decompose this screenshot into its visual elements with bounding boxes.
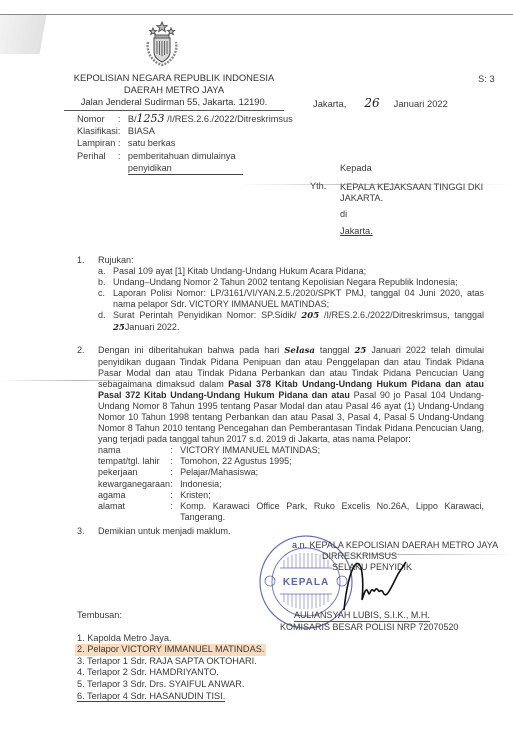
reference-item: d.Surat Perintah Penyidikan Nomor: SP.Si…	[77, 310, 484, 334]
reporter-identity: nama:VICTORY IMMANUEL MATINDAS; tempat/t…	[98, 445, 484, 523]
meta-row-perihal: Perihal : pemberitahuan dimulainyapenyid…	[77, 150, 293, 175]
meta-row-klasifikasi: Klasifikasi : BIASA	[77, 125, 293, 137]
recipient-block: Kepada Yth. KEPALA KEJAKSAAN TINGGI DKI …	[340, 163, 483, 237]
recipient-di: di	[340, 209, 483, 220]
carbon-copy-list: Tembusan: 1. Kapolda Metro Jaya. 2. Pela…	[77, 610, 266, 702]
month-year: Januari 2022	[394, 98, 448, 109]
cc-item: 6. Terlapor 4 Sdr. HASANUDIN TISI.	[77, 691, 266, 703]
section-rujukan: 1. Rujukan: a.Pasal 109 ayat [1] Kitab U…	[77, 255, 484, 334]
notification-paragraph: Dengan ini diberitahukan bahwa pada hari…	[77, 345, 484, 445]
police-emblem-icon	[140, 20, 184, 68]
section-notification: 2. Dengan ini diberitahukan bahwa pada h…	[77, 345, 484, 523]
letter-meta: Nomor : B/1253 /I/RES.2.6./2022/Ditreskr…	[77, 113, 293, 175]
svg-text:KEPALA: KEPALA	[283, 577, 329, 588]
place-date: Jakarta,26Januari 2022	[313, 96, 448, 111]
identity-row: nama:VICTORY IMMANUEL MATINDAS;	[98, 445, 484, 456]
letterhead: KEPOLISIAN NEGARA REPUBLIK INDONESIA DAE…	[64, 72, 284, 111]
letterhead-address: Jalan Jenderal Sudirman 55, Jakarta. 121…	[64, 96, 284, 110]
reference-item: b.Undang–Undang Nomor 2 Tahun 2002 tenta…	[77, 277, 484, 288]
handwritten-letter-number: 1253	[137, 112, 165, 125]
cc-title: Tembusan:	[77, 610, 266, 622]
cc-item: 3. Terlapor 1 Sdr. RAJA SAPTA OKTOHARI.	[77, 656, 266, 668]
meta-row-nomor: Nomor : B/1253 /I/RES.2.6./2022/Ditreskr…	[77, 113, 293, 125]
reference-item: c.Laporan Polisi Nomor: LP/3161/VI/YAN.2…	[77, 288, 484, 310]
handwritten-date: 25	[354, 346, 366, 356]
cc-item: 4. Terlapor 2 Sdr. HAMDRIYANTO.	[77, 667, 266, 679]
scan-artifact	[240, 184, 510, 185]
identity-row: tempat/tgl. lahir:Tomohon, 22 Agustus 19…	[98, 456, 484, 467]
yth: Yth.	[310, 181, 326, 193]
handwritten-signature-icon	[340, 560, 430, 614]
letterhead-org: KEPOLISIAN NEGARA REPUBLIK INDONESIA	[64, 72, 284, 84]
identity-row: agama:Kristen;	[98, 490, 484, 501]
cc-item-highlighted: 2. Pelapor VICTORY IMMANUEL MATINDAS.	[75, 644, 266, 656]
identity-row: pekerjaan:Pelajar/Mahasiswa;	[98, 467, 484, 478]
reference-item: a.Pasal 109 ayat [1] Kitab Undang-Undang…	[77, 266, 484, 277]
sheet-code: S: 3	[478, 73, 495, 85]
recipient-city: Jakarta.	[340, 226, 483, 237]
place: Jakarta,	[313, 98, 346, 109]
recipient-line-2: JAKARTA.	[340, 193, 483, 204]
letterhead-region: DAERAH METRO JAYA	[64, 84, 284, 96]
page-fold-shadow	[0, 14, 70, 54]
handwritten-day: 25	[113, 323, 125, 333]
handwritten-day-name: Selasa	[284, 346, 315, 356]
signatory-rank: KOMISARIS BESAR POLISI NRP 72070520	[280, 622, 458, 633]
signatory-office: a.n. KEPALA KEPOLISIAN DAERAH METRO JAYA	[292, 540, 498, 551]
page-edge	[0, 14, 513, 15]
section-title: Rujukan:	[77, 255, 484, 266]
kepada: Kepada	[340, 163, 483, 174]
meta-row-lampiran: Lampiran : satu berkas	[77, 137, 293, 149]
identity-row: alamat:Komp. Karawaci Office Park, Ruko …	[98, 501, 484, 523]
handwritten-number: 205	[301, 311, 319, 321]
handwritten-day: 26	[364, 96, 379, 110]
identity-row: kewarganegaraan:Indonesia;	[98, 479, 484, 490]
cc-item: 1. Kapolda Metro Jaya.	[77, 633, 266, 645]
cc-item: 5. Terlapor 3 Sdr. Drs. SYAIFUL ANWAR.	[77, 679, 266, 691]
